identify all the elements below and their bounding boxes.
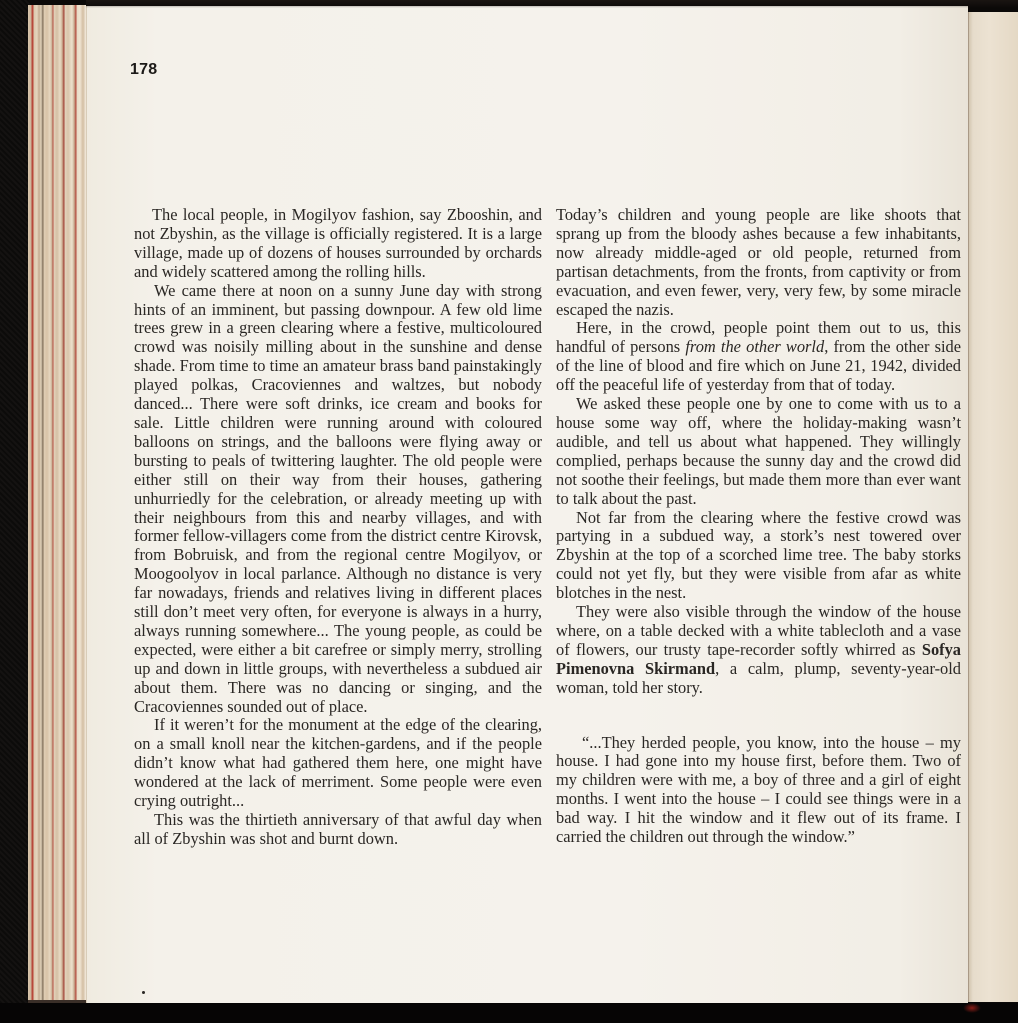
paragraph: Today’s children and young people are li… [556, 206, 961, 319]
left-text-column: The local people, in Mogilyov fashion, s… [134, 206, 542, 849]
paragraph: If it weren’t for the monument at the ed… [134, 716, 542, 811]
stray-mark [142, 991, 145, 994]
paragraph: We asked these people one by one to come… [556, 395, 961, 508]
next-page-edge [968, 12, 1018, 1002]
page-number: 178 [130, 61, 157, 79]
page-edges-stack [28, 5, 86, 1003]
paragraph: They were also visible through the windo… [556, 603, 961, 698]
top-shadow [86, 0, 1018, 8]
paragraph: Not far from the clearing where the fest… [556, 509, 961, 604]
paragraph: The local people, in Mogilyov fashion, s… [134, 206, 542, 282]
paragraph: This was the thirtieth anniversary of th… [134, 811, 542, 849]
bottom-background [0, 1003, 1018, 1023]
book-cover-binding [0, 0, 30, 1023]
right-text-column: Today’s children and young people are li… [556, 206, 961, 847]
testimony-quote: “...They herded people, you know, into t… [556, 734, 961, 847]
book-scan: 178 The local people, in Mogilyov fashio… [0, 0, 1018, 1023]
ink-blot [963, 1003, 981, 1013]
paragraph: We came there at noon on a sunny June da… [134, 282, 542, 717]
paragraph-text: They were also visible through the windo… [556, 602, 961, 659]
italic-phrase: from the other world [685, 337, 824, 356]
paragraph: Here, in the crowd, people point them ou… [556, 319, 961, 395]
